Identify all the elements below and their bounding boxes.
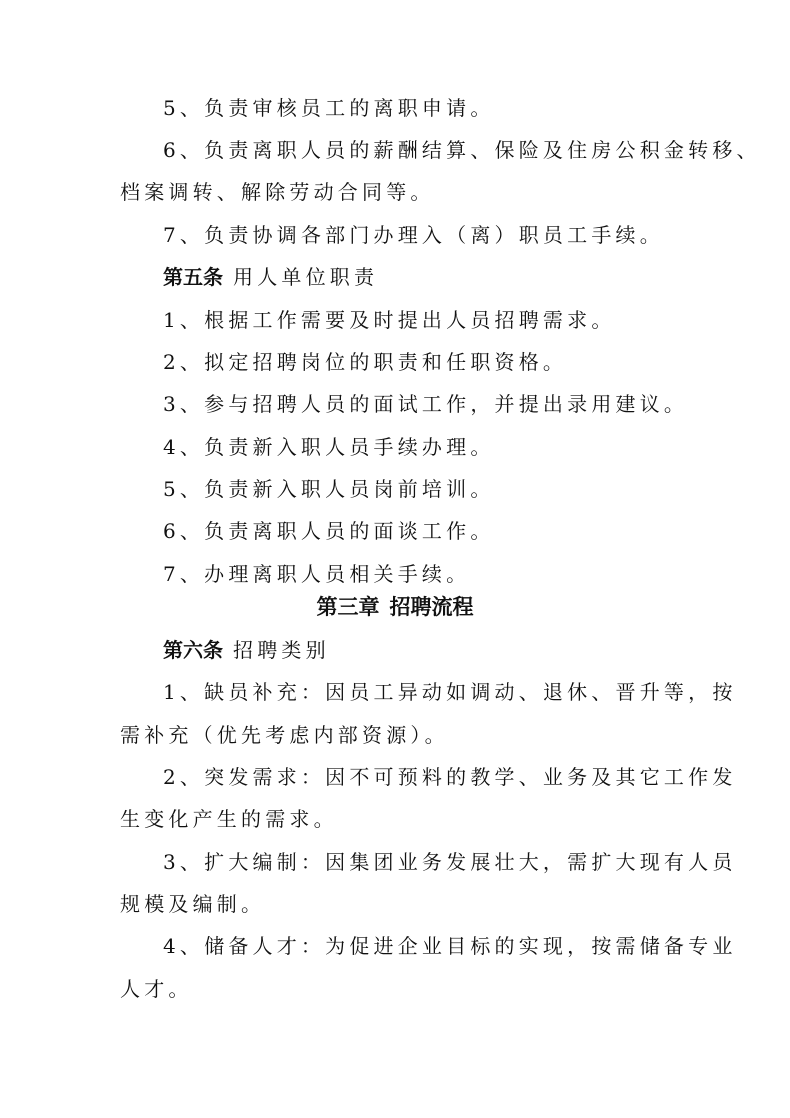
document-page: 5、负责审核员工的离职申请。 6、负责离职人员的薪酬结算、保险及住房公积金转移、… xyxy=(0,0,790,1118)
article-heading: 第六条招聘类别 xyxy=(163,636,723,664)
paragraph-item: 6、负责离职人员的面谈工作。 xyxy=(163,517,723,545)
paragraph-continuation: 档案调转、解除劳动合同等。 xyxy=(120,178,680,206)
paragraph-continuation: 规模及编制。 xyxy=(120,890,680,918)
paragraph-item: 6、负责离职人员的薪酬结算、保险及住房公积金转移、 xyxy=(163,136,723,164)
chapter-heading: 第三章招聘流程 xyxy=(0,593,790,621)
paragraph-item: 7、办理离职人员相关手续。 xyxy=(163,560,723,588)
article-label: 第五条 xyxy=(163,265,223,289)
paragraph-item: 4、负责新入职人员手续办理。 xyxy=(163,433,723,461)
article-heading: 第五条用人单位职责 xyxy=(163,263,723,291)
paragraph-item: 3、参与招聘人员的面试工作，并提出录用建议。 xyxy=(163,390,723,418)
paragraph-continuation: 人才。 xyxy=(120,975,680,1003)
chapter-label: 第三章 xyxy=(317,595,380,619)
paragraph-item: 5、负责审核员工的离职申请。 xyxy=(163,94,723,122)
paragraph-continuation: 生变化产生的需求。 xyxy=(120,805,680,833)
paragraph-item: 5、负责新入职人员岗前培训。 xyxy=(163,475,723,503)
article-label: 第六条 xyxy=(163,638,223,662)
paragraph-item: 1、根据工作需要及时提出人员招聘需求。 xyxy=(163,306,723,334)
paragraph-item: 4、储备人才：为促进企业目标的实现，按需储备专业 xyxy=(163,932,723,960)
paragraph-item: 2、拟定招聘岗位的职责和任职资格。 xyxy=(163,348,723,376)
paragraph-item: 3、扩大编制：因集团业务发展壮大，需扩大现有人员 xyxy=(163,848,723,876)
chapter-title: 招聘流程 xyxy=(390,595,474,619)
paragraph-item: 1、缺员补充：因员工异动如调动、退休、晋升等，按 xyxy=(163,678,723,706)
article-title: 招聘类别 xyxy=(233,638,330,662)
paragraph-continuation: 需补充（优先考虑内部资源）。 xyxy=(120,721,680,749)
paragraph-item: 2、突发需求：因不可预料的教学、业务及其它工作发 xyxy=(163,763,723,791)
paragraph-item: 7、负责协调各部门办理入（离）职员工手续。 xyxy=(163,221,723,249)
article-title: 用人单位职责 xyxy=(233,265,378,289)
